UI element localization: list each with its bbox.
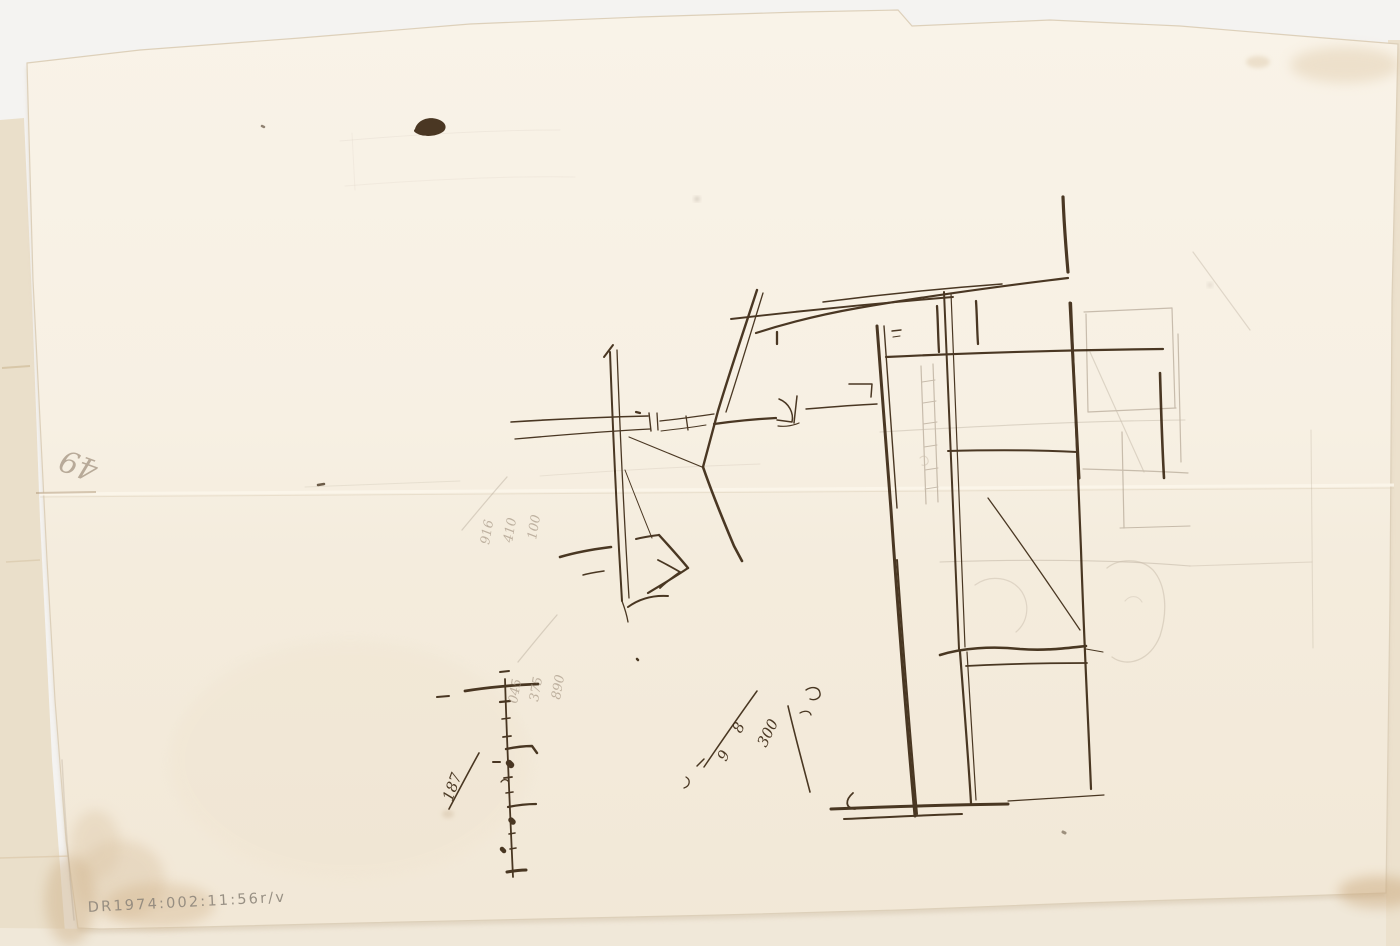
ink-stroke <box>637 659 638 660</box>
paper-stain <box>1208 283 1212 287</box>
ink-stroke <box>1063 832 1065 833</box>
paper-stain <box>1290 47 1400 83</box>
ink-stroke <box>504 777 512 778</box>
ink-stroke <box>503 736 511 737</box>
ink-stroke <box>502 718 510 719</box>
ink-stroke <box>262 126 264 127</box>
paper-stain <box>1246 56 1270 68</box>
ink-stroke <box>500 671 509 672</box>
ink-stroke <box>502 849 504 851</box>
ink-stroke <box>318 484 324 485</box>
ink-stroke <box>437 696 449 697</box>
ink-stroke <box>506 792 513 793</box>
ink-stroke <box>509 833 515 834</box>
ink-stroke <box>636 412 640 413</box>
paper-stain <box>442 810 454 818</box>
paper-stain <box>695 197 700 201</box>
ink-stroke <box>509 763 511 765</box>
fold-crease-dark-segment <box>36 492 96 493</box>
ink-stroke <box>892 330 901 331</box>
scanned-drawing: 49 100 410 916 890 375 045 300 8 9 187 D… <box>0 0 1400 946</box>
ink-stroke <box>511 820 513 822</box>
ink-stroke <box>510 848 516 849</box>
